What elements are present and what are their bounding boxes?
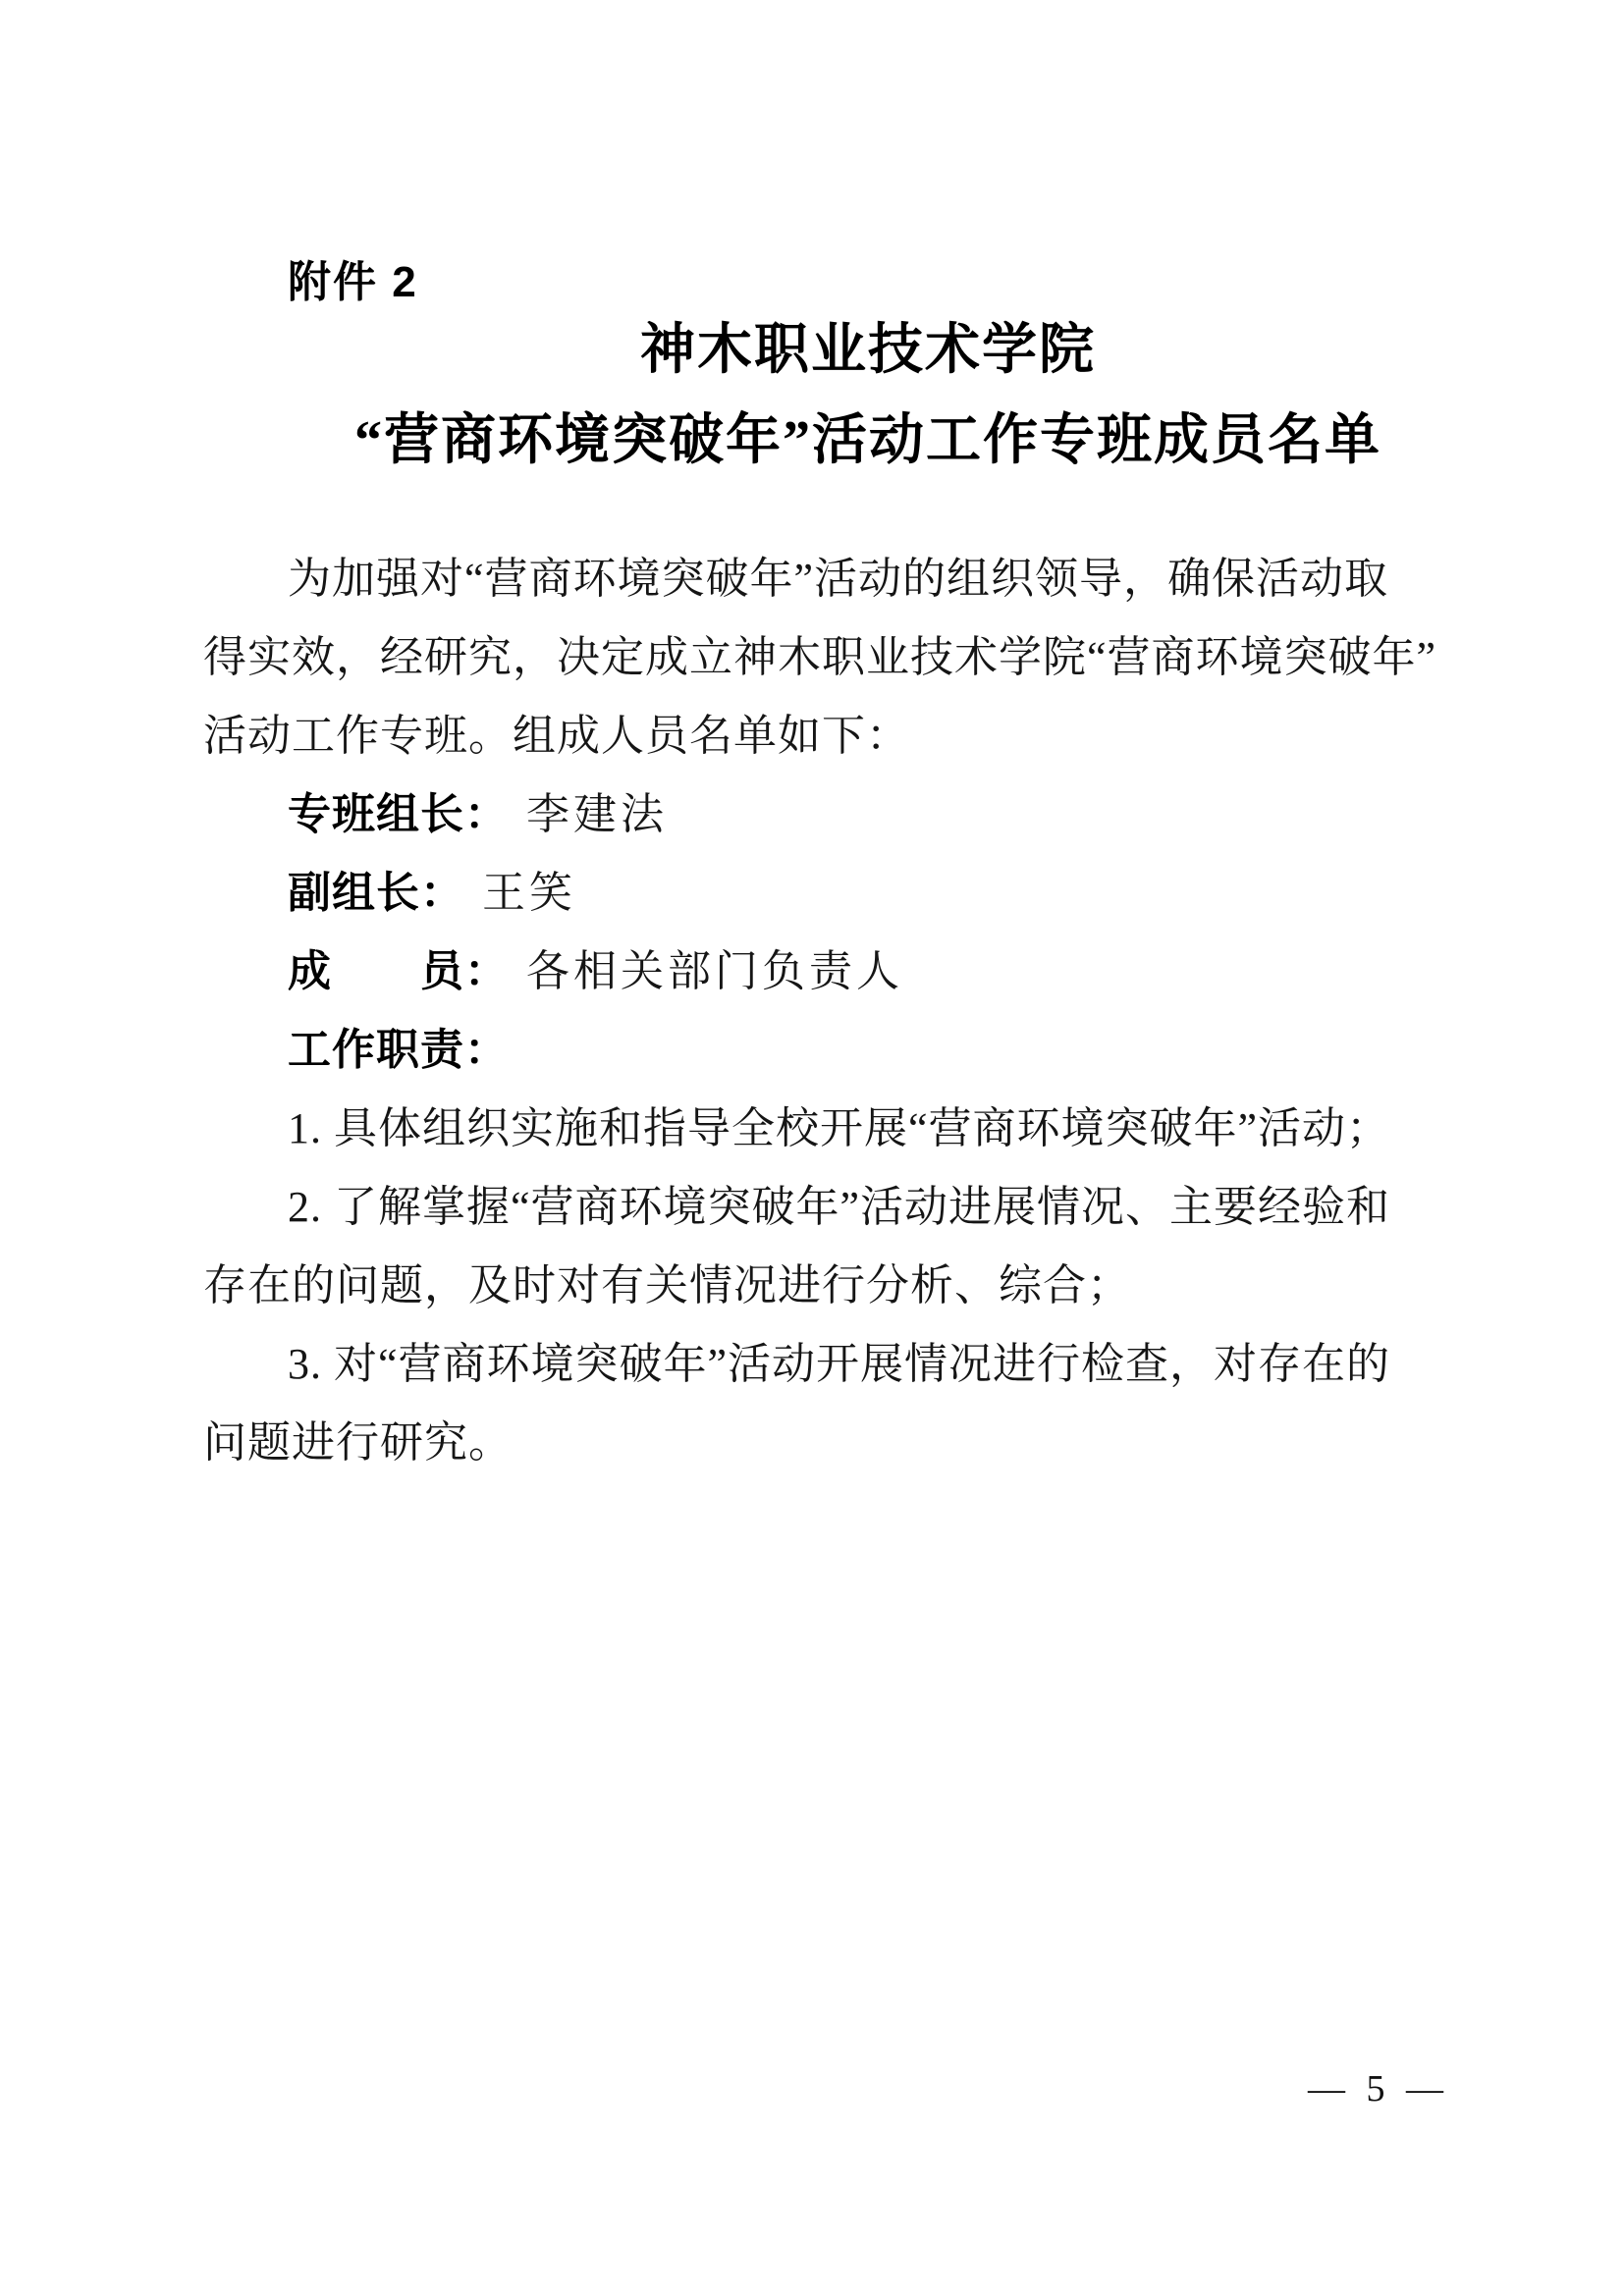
title-line-1: 神木职业技术学院 <box>259 305 1477 396</box>
title-line-2: “营商环境突破年”活动工作专班成员名单 <box>259 396 1477 486</box>
intro-line: 为加强对“营商环境突破年”活动的组织领导，确保活动取 <box>203 535 1470 614</box>
page-number: — 5 — <box>1308 2067 1449 2110</box>
role-label: 成 员： <box>288 935 509 998</box>
duty-item-3-line: 3. 对“营商环境突破年”活动开展情况进行检查，对存在的 <box>203 1320 1470 1399</box>
intro-line: 活动工作专班。组成人员名单如下： <box>203 692 1470 771</box>
role-label: 副组长： <box>288 857 464 920</box>
document-title: 神木职业技术学院 “营商环境突破年”活动工作专班成员名单 <box>259 305 1477 486</box>
intro-line: 得实效，经研究，决定成立神木职业技术学院“营商环境突破年” <box>203 614 1470 692</box>
document-page: 附件 2 神木职业技术学院 “营商环境突破年”活动工作专班成员名单 为加强对“营… <box>0 0 1624 2296</box>
duty-item-1-line: 1. 具体组织实施和指导全校开展“营商环境突破年”活动； <box>203 1085 1470 1163</box>
duties-heading-row: 工作职责： <box>203 1006 1470 1085</box>
role-value: 各相关部门负责人 <box>509 935 903 998</box>
role-value: 王笑 <box>464 857 576 920</box>
duty-item-2-line: 存在的问题，及时对有关情况进行分析、综合； <box>203 1242 1470 1320</box>
role-value: 李建法 <box>509 778 668 841</box>
duty-item-2-line: 2. 了解掌握“营商环境突破年”活动进展情况、主要经验和 <box>203 1163 1470 1242</box>
duties-heading: 工作职责： <box>288 1014 509 1077</box>
roster-row-leader: 专班组长： 李建法 <box>203 771 1470 849</box>
duty-item-3-line: 问题进行研究。 <box>203 1399 1470 1477</box>
roster-row-deputy: 副组长： 王笑 <box>203 849 1470 928</box>
role-label: 专班组长： <box>288 778 509 841</box>
roster-row-members: 成 员： 各相关部门负责人 <box>203 928 1470 1006</box>
